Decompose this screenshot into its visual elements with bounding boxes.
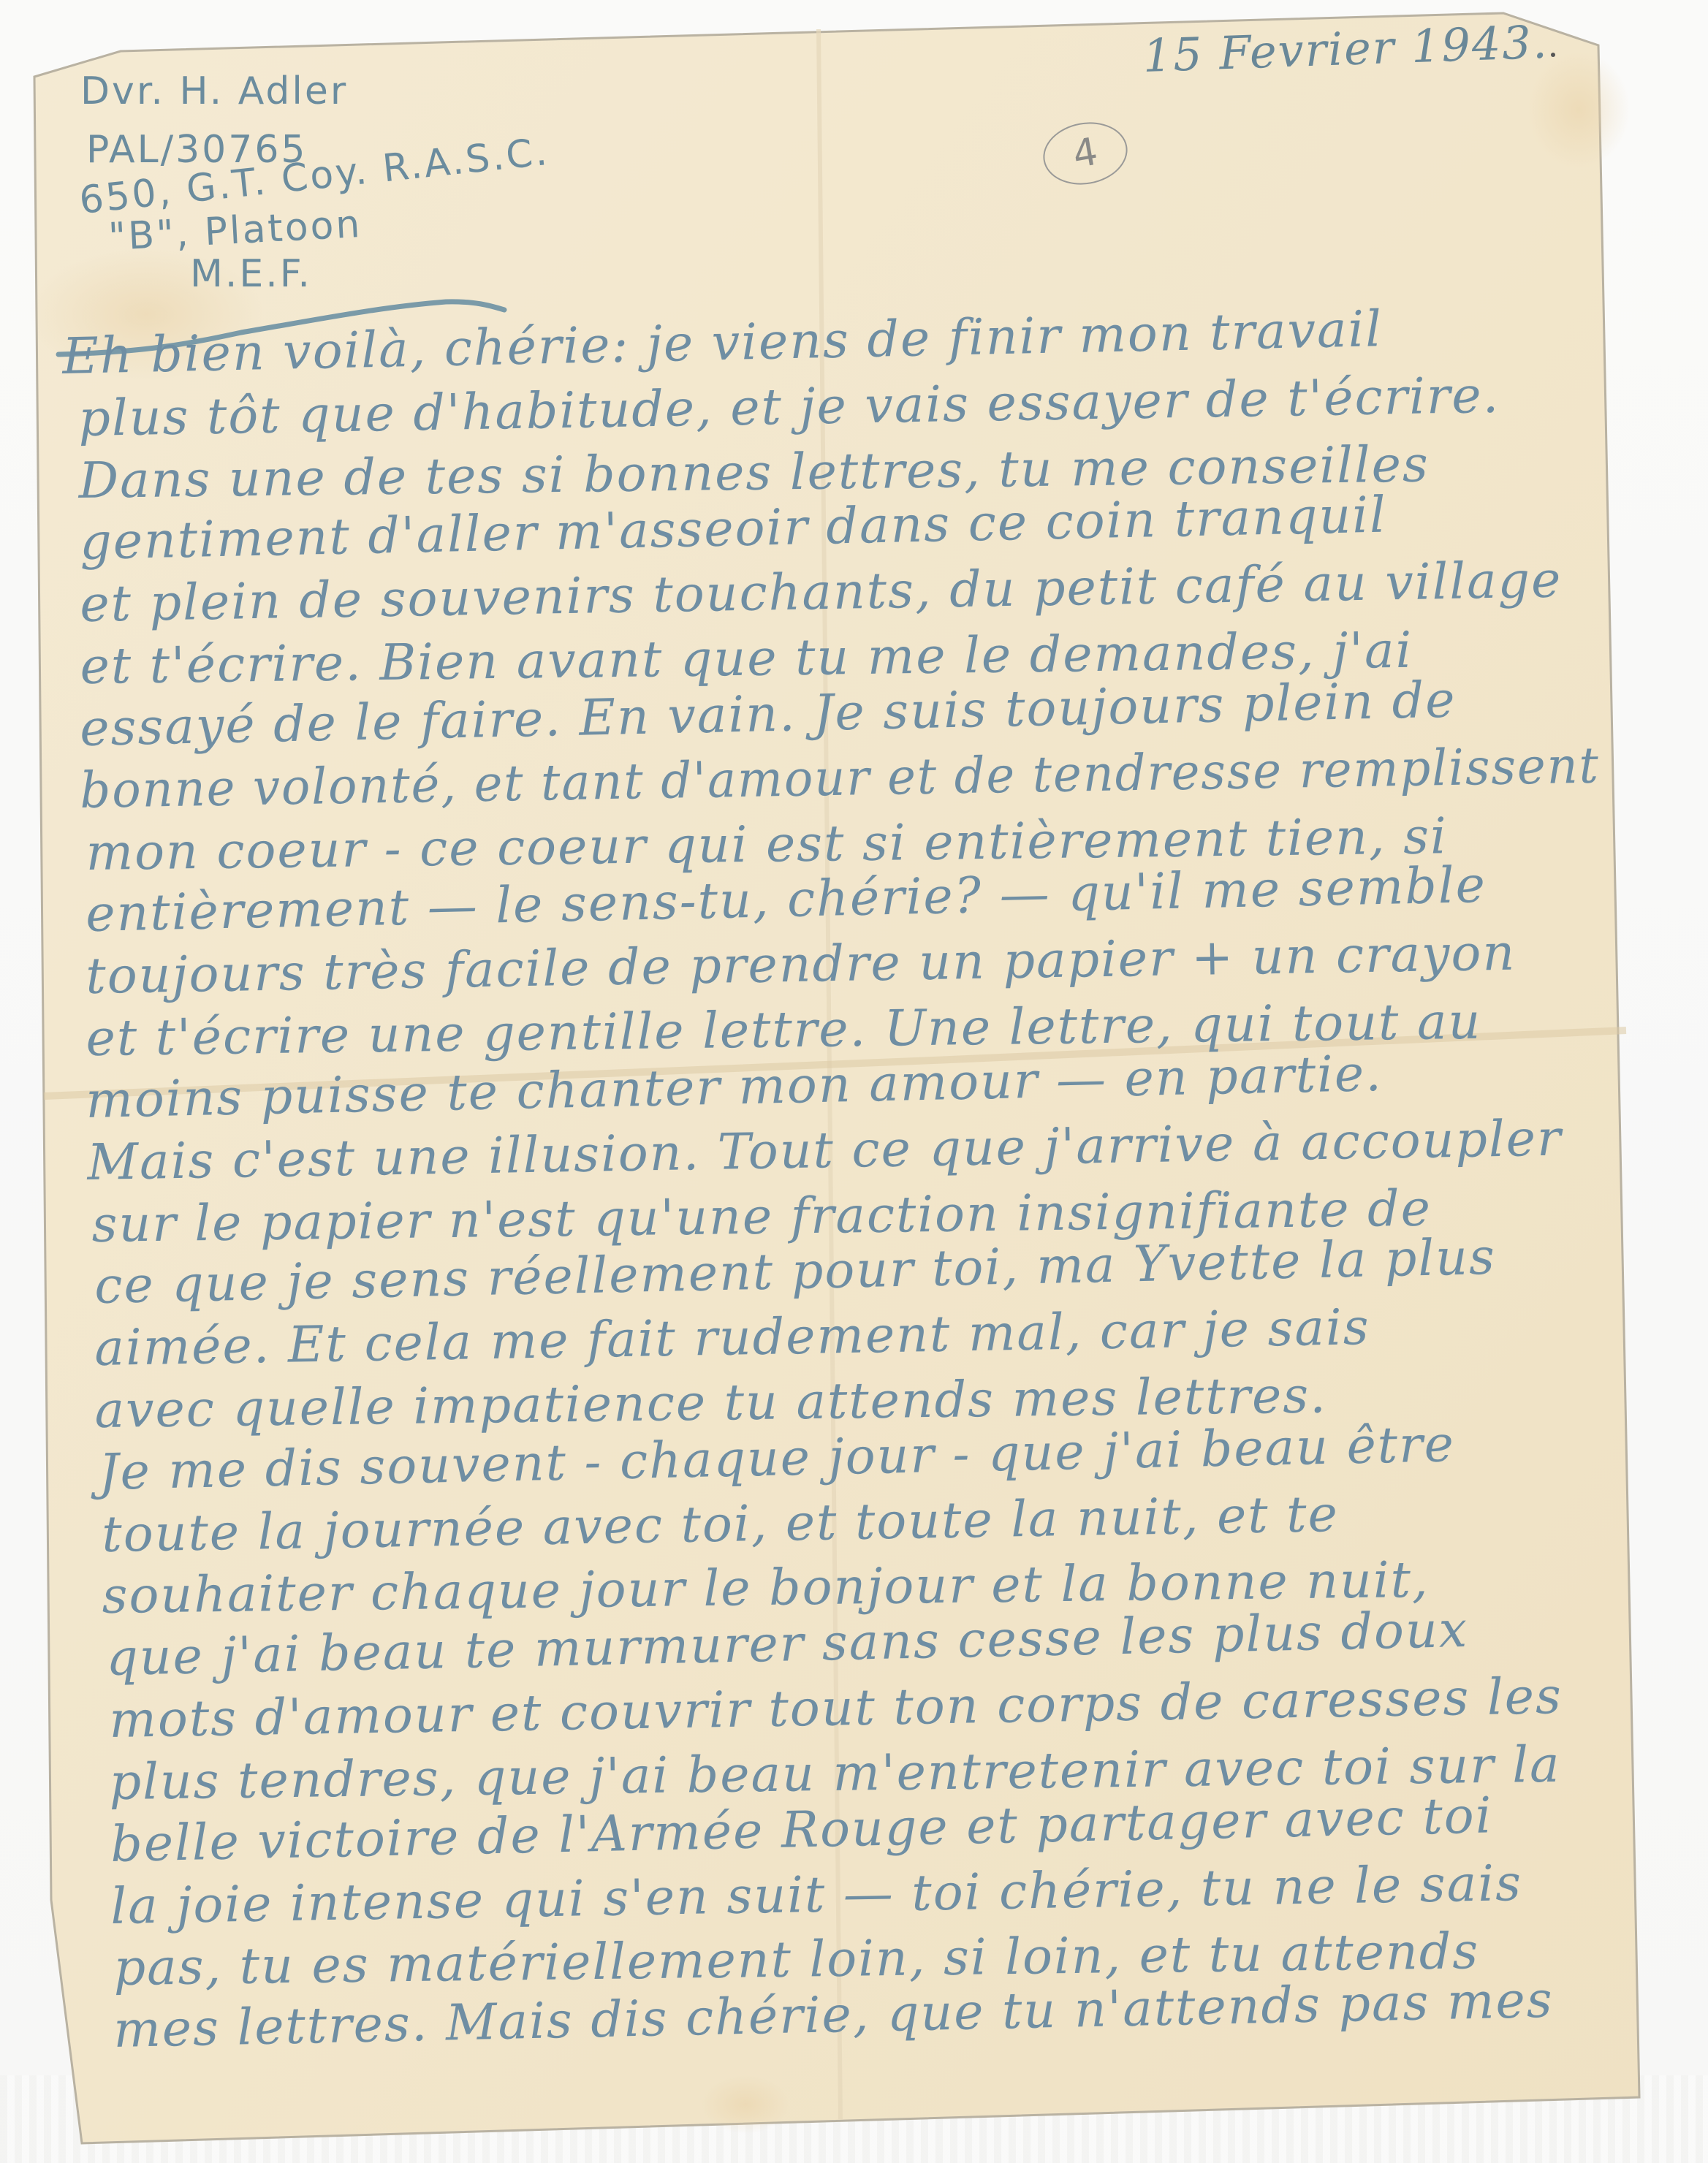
sender-force: M.E.F. (190, 252, 312, 296)
sender-name: Dvr. H. Adler (80, 69, 348, 113)
